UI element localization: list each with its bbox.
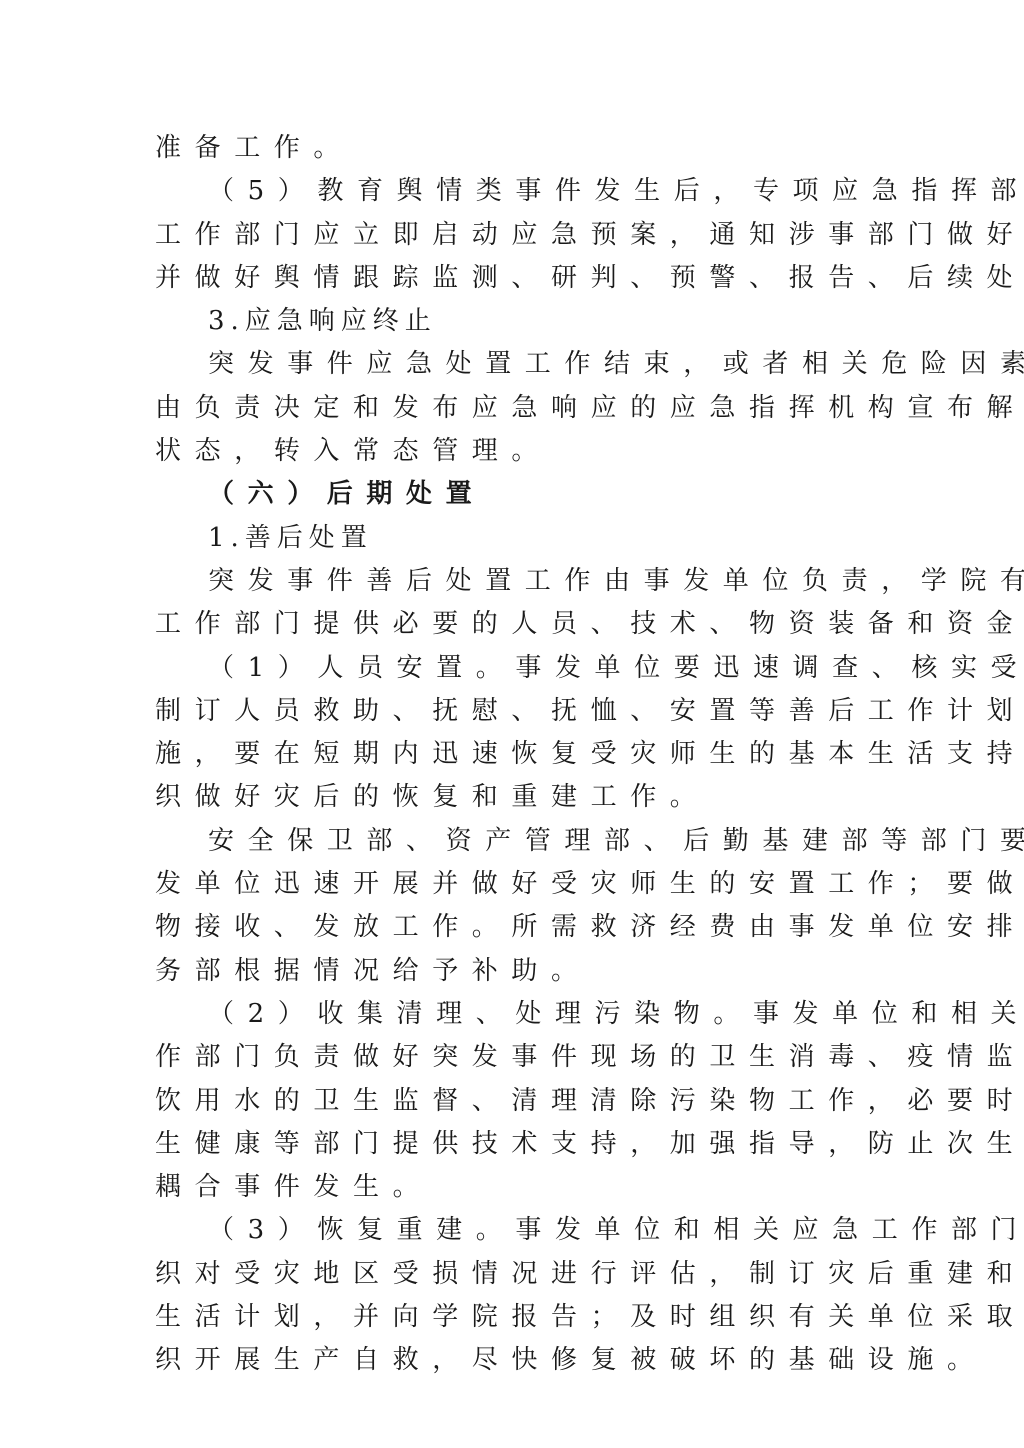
paragraph-line: 由负责决定和发布应急响应的应急指挥机构宣布解除应急 (155, 387, 875, 430)
paragraph-line: 施，要在短期内迅速恢复受灾师生的基本生活支持系统，组 (155, 733, 875, 776)
paragraph-line: 安全保卫部、资产管理部、后勤基建部等部门要协助事 (155, 820, 875, 863)
subsection-heading: 1.善后处置 (155, 517, 875, 560)
paragraph-line: 织做好灾后的恢复和重建工作。 (155, 776, 875, 819)
paragraph-line: 饮用水的卫生监督、清理清除污染物工作，必要时请属地卫 (155, 1080, 875, 1123)
paragraph-line: 并做好舆情跟踪监测、研判、预警、报告、后续处置等工作。 (155, 257, 875, 300)
paragraph-line: 务部根据情况给予补助。 (155, 950, 875, 993)
document-page: 准备工作。 （5）教育舆情类事件发生后，专项应急指挥部、应急 工作部门应立即启动… (0, 0, 1024, 1448)
paragraph-line: 制订人员救助、抚慰、抚恤、安置等善后工作计划并组织实 (155, 690, 875, 733)
paragraph-line: （3）恢复重建。事发单位和相关应急工作部门负责组 (155, 1209, 875, 1252)
paragraph-line: 作部门负责做好突发事件现场的卫生消毒、疫情监测和食品、 (155, 1036, 875, 1079)
paragraph-line: 生健康等部门提供技术支持，加强指导，防止次生、衍生和 (155, 1123, 875, 1166)
paragraph-line: 突发事件应急处置工作结束，或者相关危险因素消除后， (155, 343, 875, 386)
paragraph-line: 物接收、发放工作。所需救济经费由事发单位安排，计划财 (155, 906, 875, 949)
paragraph-line: 工作部门应立即启动应急预案，通知涉事部门做好处置工作， (155, 214, 875, 257)
subsection-heading: 3.应急响应终止 (155, 300, 875, 343)
paragraph-line: （1）人员安置。事发单位要迅速调查、核实受损情况， (155, 647, 875, 690)
paragraph-line: 工作部门提供必要的人员、技术、物资装备和资金等支持。 (155, 603, 875, 646)
paragraph-line: 突发事件善后处置工作由事发单位负责，学院有关应急 (155, 560, 875, 603)
paragraph-line: 织开展生产自救，尽快修复被破坏的基础设施。 (155, 1339, 875, 1382)
paragraph-line: 准备工作。 (155, 127, 875, 170)
paragraph-line: 织对受灾地区受损情况进行评估，制订灾后重建和恢复生产、 (155, 1253, 875, 1296)
section-heading: （六）后期处置 (155, 473, 875, 516)
paragraph-line: 发单位迅速开展并做好受灾师生的安置工作；要做好救灾款 (155, 863, 875, 906)
paragraph-line: （5）教育舆情类事件发生后，专项应急指挥部、应急 (155, 170, 875, 213)
paragraph-line: 耦合事件发生。 (155, 1166, 875, 1209)
paragraph-line: 状态，转入常态管理。 (155, 430, 875, 473)
document-body: 准备工作。 （5）教育舆情类事件发生后，专项应急指挥部、应急 工作部门应立即启动… (155, 127, 875, 1383)
paragraph-line: （2）收集清理、处理污染物。事发单位和相关应急工 (155, 993, 875, 1036)
paragraph-line: 生活计划，并向学院报告；及时组织有关单位采取措施，组 (155, 1296, 875, 1339)
